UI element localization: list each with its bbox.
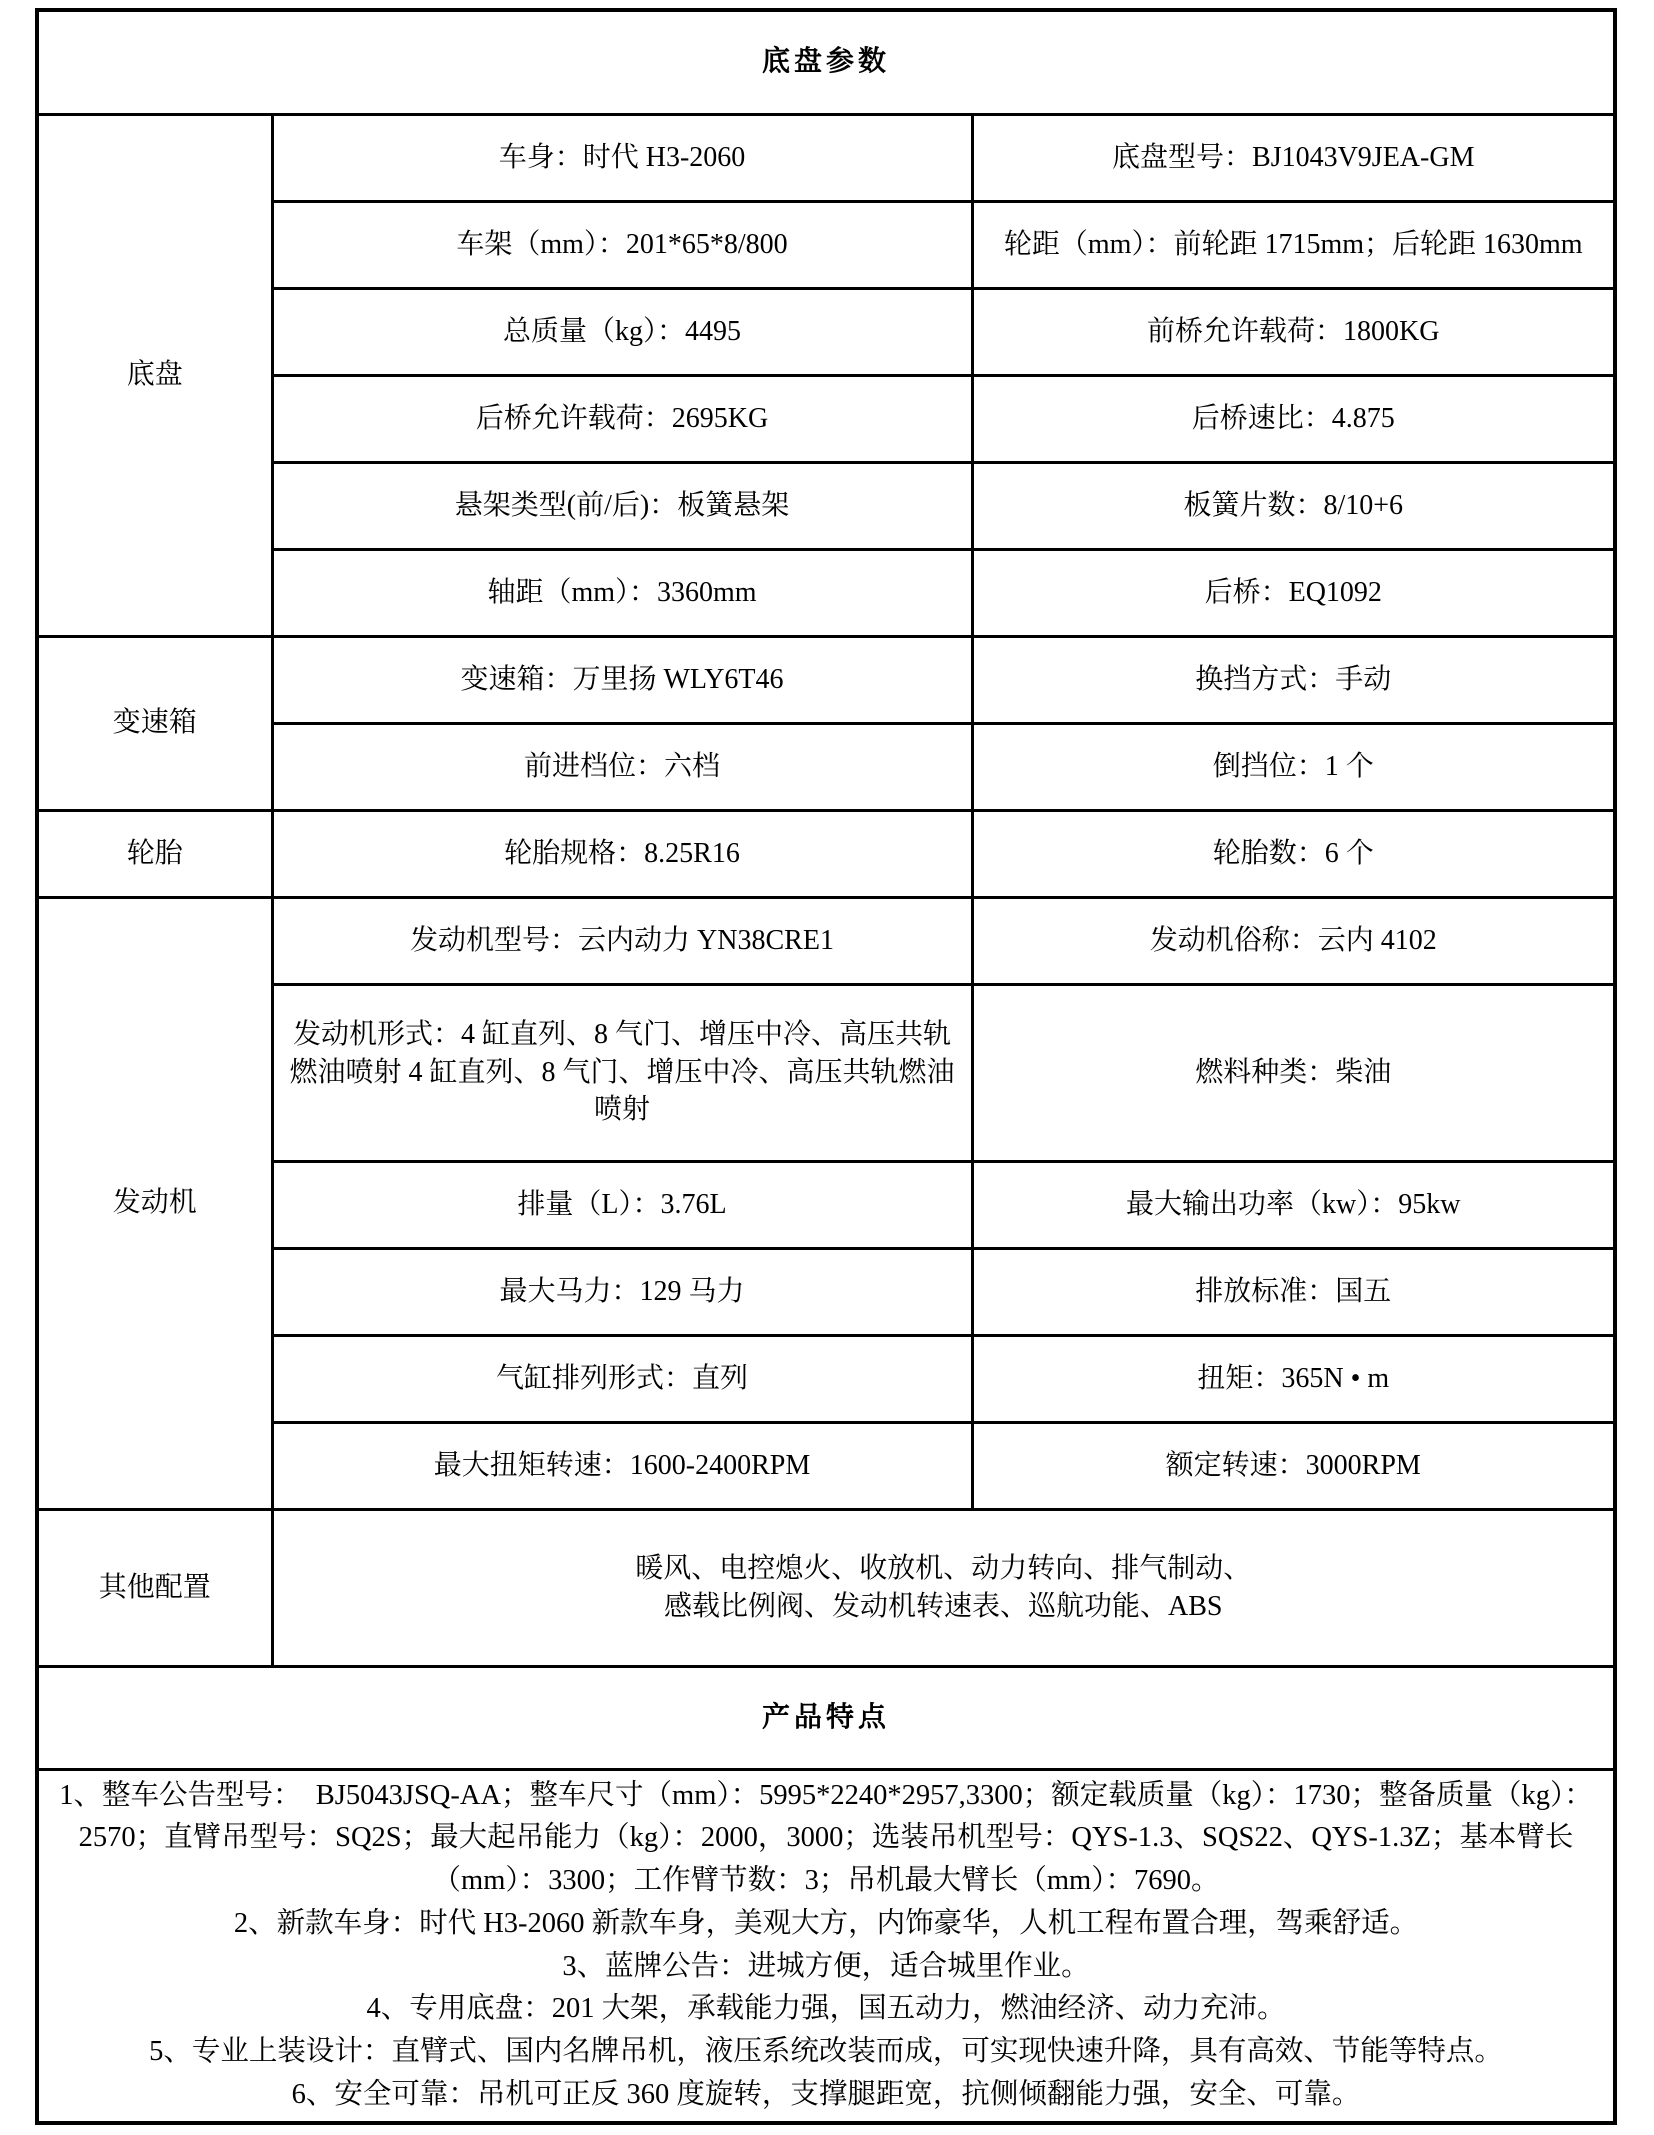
- cell-emission-standard: 排放标准：国五: [972, 1248, 1615, 1335]
- cell-wheel-track: 轮距（mm）：前轮距 1715mm；后轮距 1630mm: [972, 201, 1615, 288]
- table-row: 总质量（kg）：4495 前桥允许载荷：1800KG: [37, 288, 1615, 375]
- cell-max-output-power: 最大输出功率（kw）：95kw: [972, 1161, 1615, 1248]
- cell-chassis-model-no: 底盘型号：BJ1043V9JEA-GM: [972, 114, 1615, 201]
- cell-frame-spec: 车架（mm）：201*65*8/800: [272, 201, 972, 288]
- chassis-parameters-table: 底盘参数 底盘 车身：时代 H3-2060 底盘型号：BJ1043V9JEA-G…: [35, 8, 1617, 2125]
- table-row: 发动机形式：4 缸直列、8 气门、增压中冷、高压共轨燃油喷射 4 缸直列、8 气…: [37, 984, 1615, 1161]
- section-tires-label: 轮胎: [37, 810, 272, 897]
- table-row: 排量（L）：3.76L 最大输出功率（kw）：95kw: [37, 1161, 1615, 1248]
- feature-item-6: 6、安全可靠：吊机可正反 360 度旋转，支撑腿距宽，抗侧倾翻能力强，安全、可靠…: [45, 2074, 1607, 2117]
- cell-wheelbase: 轴距（mm）：3360mm: [272, 549, 972, 636]
- features-content-row: 1、整车公告型号： BJ5043JSQ-AA；整车尺寸（mm）：5995*224…: [37, 1769, 1615, 2123]
- cell-rear-axle-model: 后桥：EQ1092: [972, 549, 1615, 636]
- feature-item-5: 5、专业上装设计：直臂式、国内名牌吊机，液压系统改装而成，可实现快速升降，具有高…: [45, 2031, 1607, 2074]
- spec-sheet: 底盘参数 底盘 车身：时代 H3-2060 底盘型号：BJ1043V9JEA-G…: [0, 0, 1654, 2135]
- feature-item-4: 4、专用底盘：201 大架，承载能力强，国五动力，燃油经济、动力充沛。: [45, 1988, 1607, 2031]
- cell-shift-mode: 换挡方式：手动: [972, 636, 1615, 723]
- section-chassis-label: 底盘: [37, 114, 272, 636]
- cell-engine-alias: 发动机俗称：云内 4102: [972, 897, 1615, 984]
- cell-cylinder-arrangement: 气缸排列形式：直列: [272, 1335, 972, 1422]
- cell-leaf-spring-count: 板簧片数：8/10+6: [972, 462, 1615, 549]
- cell-tire-count: 轮胎数：6 个: [972, 810, 1615, 897]
- section-other-config-label: 其他配置: [37, 1509, 272, 1666]
- cell-suspension-type: 悬架类型(前/后)：板簧悬架: [272, 462, 972, 549]
- cell-gearbox-model: 变速箱：万里扬 WLY6T46: [272, 636, 972, 723]
- product-features-title: 产品特点: [37, 1666, 1615, 1769]
- cell-rear-axle-load: 后桥允许载荷：2695KG: [272, 375, 972, 462]
- cell-rear-axle-ratio: 后桥速比：4.875: [972, 375, 1615, 462]
- table-row: 发动机 发动机型号：云内动力 YN38CRE1 发动机俗称：云内 4102: [37, 897, 1615, 984]
- cell-gross-weight: 总质量（kg）：4495: [272, 288, 972, 375]
- table-row: 车架（mm）：201*65*8/800 轮距（mm）：前轮距 1715mm；后轮…: [37, 201, 1615, 288]
- table-row: 轴距（mm）：3360mm 后桥：EQ1092: [37, 549, 1615, 636]
- cell-front-axle-load: 前桥允许载荷：1800KG: [972, 288, 1615, 375]
- features-content-cell: 1、整车公告型号： BJ5043JSQ-AA；整车尺寸（mm）：5995*224…: [37, 1769, 1615, 2123]
- table-row: 底盘 车身：时代 H3-2060 底盘型号：BJ1043V9JEA-GM: [37, 114, 1615, 201]
- section-gearbox-label: 变速箱: [37, 636, 272, 810]
- table-row: 气缸排列形式：直列 扭矩：365N • m: [37, 1335, 1615, 1422]
- feature-item-2: 2、新款车身：时代 H3-2060 新款车身，美观大方，内饰豪华，人机工程布置合…: [45, 1903, 1607, 1946]
- cell-forward-gears: 前进档位：六档: [272, 723, 972, 810]
- cell-max-torque-speed: 最大扭矩转速：1600-2400RPM: [272, 1422, 972, 1509]
- cell-max-horsepower: 最大马力：129 马力: [272, 1248, 972, 1335]
- cell-displacement: 排量（L）：3.76L: [272, 1161, 972, 1248]
- cell-body-model: 车身：时代 H3-2060: [272, 114, 972, 201]
- section-engine-label: 发动机: [37, 897, 272, 1509]
- cell-other-config-content: 暖风、电控熄火、收放机、动力转向、排气制动、 感载比例阀、发动机转速表、巡航功能…: [272, 1509, 1615, 1666]
- feature-item-3: 3、蓝牌公告：进城方便，适合城里作业。: [45, 1946, 1607, 1989]
- cell-engine-model: 发动机型号：云内动力 YN38CRE1: [272, 897, 972, 984]
- table-row: 变速箱 变速箱：万里扬 WLY6T46 换挡方式：手动: [37, 636, 1615, 723]
- table-row: 后桥允许载荷：2695KG 后桥速比：4.875: [37, 375, 1615, 462]
- feature-item-1: 1、整车公告型号： BJ5043JSQ-AA；整车尺寸（mm）：5995*224…: [45, 1775, 1607, 1903]
- table-row: 最大马力：129 马力 排放标准：国五: [37, 1248, 1615, 1335]
- cell-torque: 扭矩：365N • m: [972, 1335, 1615, 1422]
- table-row: 悬架类型(前/后)：板簧悬架 板簧片数：8/10+6: [37, 462, 1615, 549]
- cell-engine-form: 发动机形式：4 缸直列、8 气门、增压中冷、高压共轨燃油喷射 4 缸直列、8 气…: [272, 984, 972, 1161]
- features-title-row: 产品特点: [37, 1666, 1615, 1769]
- table-row: 其他配置 暖风、电控熄火、收放机、动力转向、排气制动、 感载比例阀、发动机转速表…: [37, 1509, 1615, 1666]
- table-row: 轮胎 轮胎规格：8.25R16 轮胎数：6 个: [37, 810, 1615, 897]
- table-row: 最大扭矩转速：1600-2400RPM 额定转速：3000RPM: [37, 1422, 1615, 1509]
- table-title-row: 底盘参数: [37, 10, 1615, 114]
- cell-reverse-gears: 倒挡位：1 个: [972, 723, 1615, 810]
- cell-tire-spec: 轮胎规格：8.25R16: [272, 810, 972, 897]
- table-row: 前进档位：六档 倒挡位：1 个: [37, 723, 1615, 810]
- chassis-parameters-title: 底盘参数: [37, 10, 1615, 114]
- cell-rated-speed: 额定转速：3000RPM: [972, 1422, 1615, 1509]
- cell-fuel-type: 燃料种类：柴油: [972, 984, 1615, 1161]
